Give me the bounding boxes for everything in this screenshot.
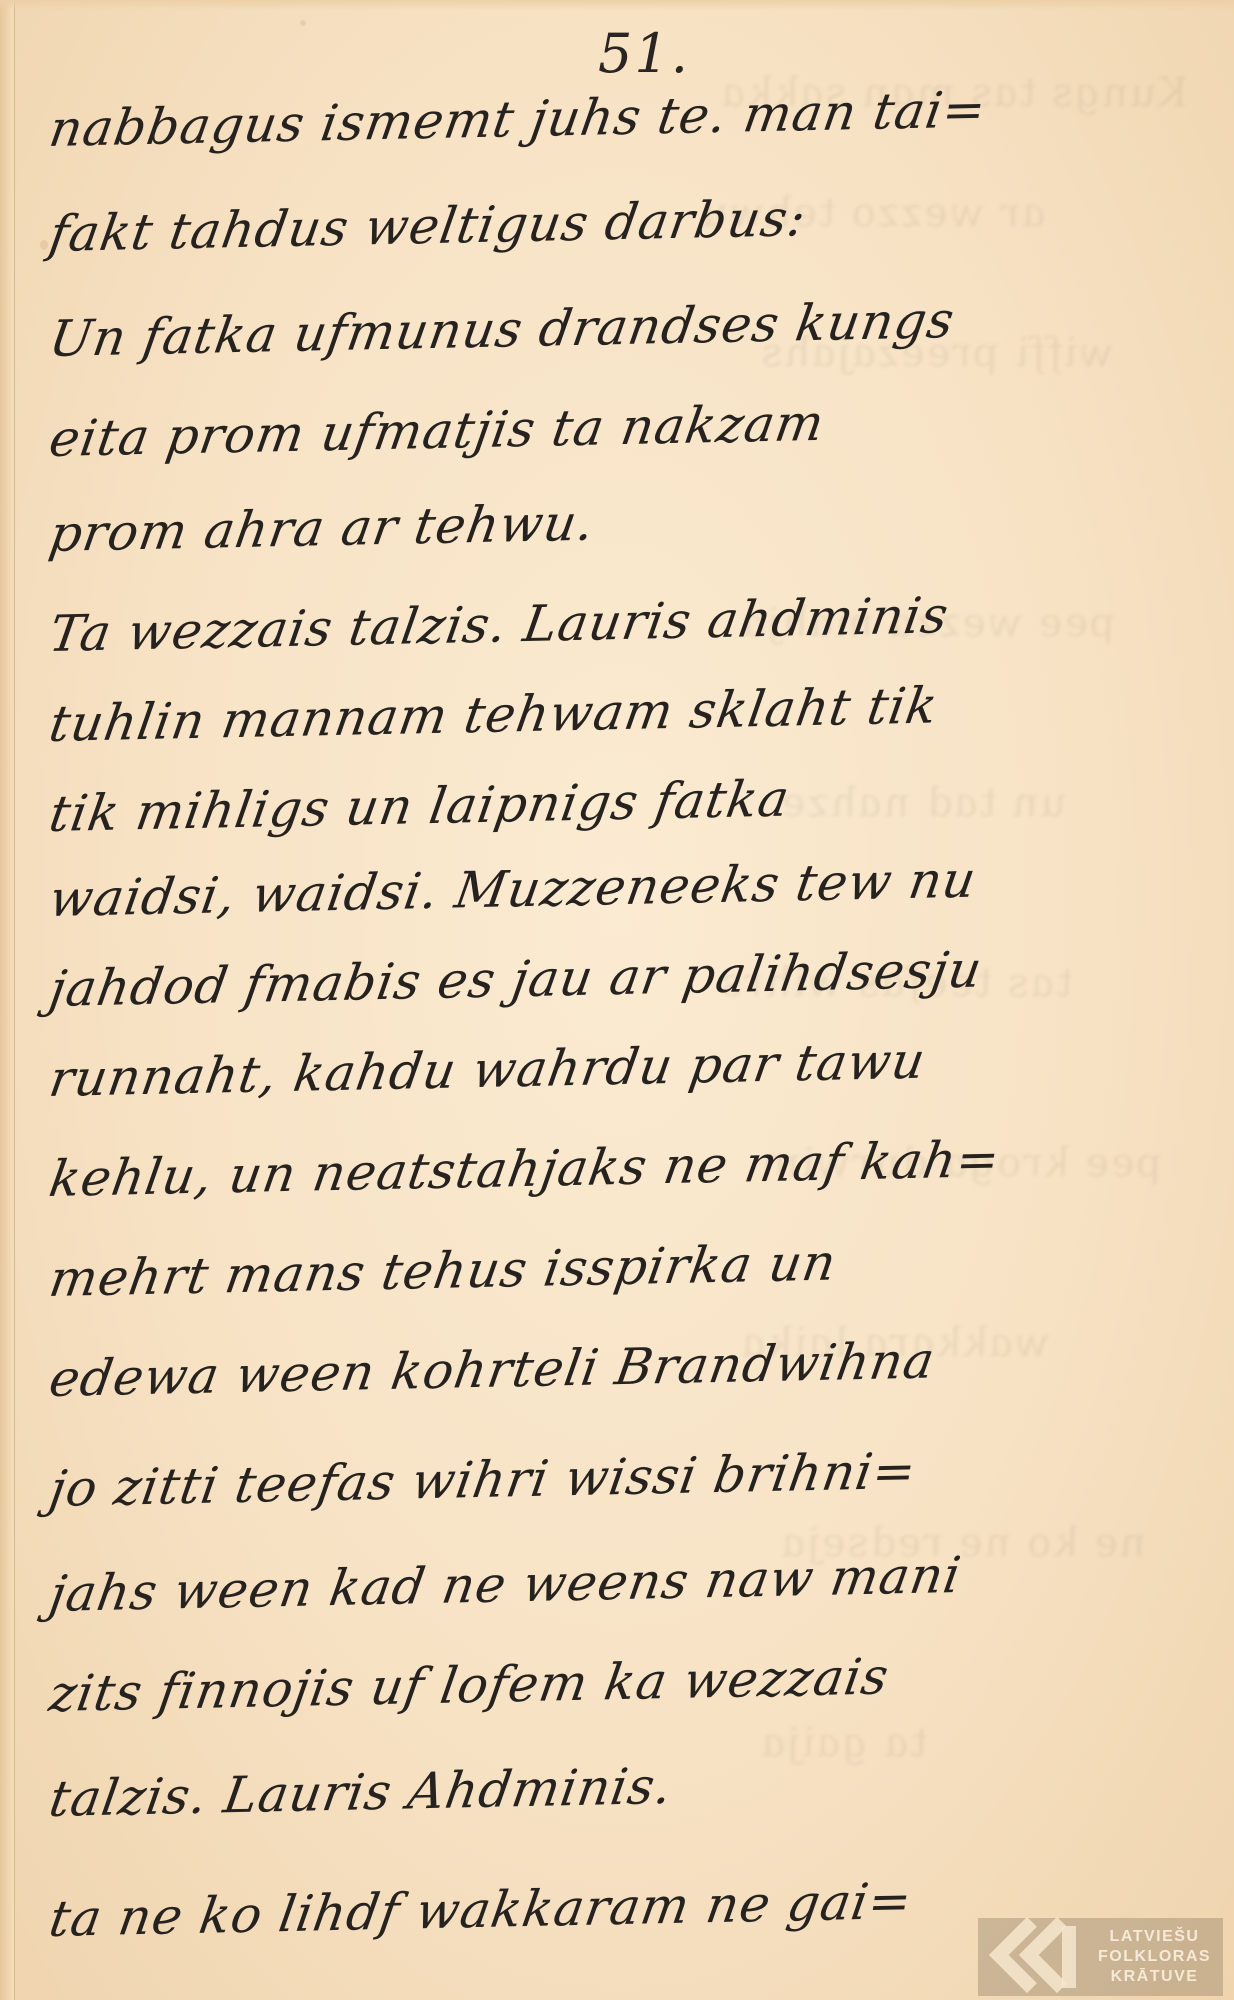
manuscript-line: tik mihligs un laipnigs fatka (45, 770, 793, 843)
manuscript-line: jahdod fmabis es jau ar palihdsesju (45, 941, 986, 1018)
bleed-through-text: un tad nahze (775, 780, 1071, 826)
manuscript-line: tuhlin mannam tehwam sklaht tik (45, 676, 942, 753)
manuscript-line: eita prom ufmatjis ta nakzam (45, 394, 828, 468)
manuscript-line: runnaht, kahdu wahrdu par tawu (45, 1032, 929, 1108)
watermark-logo: LATVIEŠU FOLKLORAS KRĀTUVE (978, 1918, 1223, 1996)
manuscript-line: mehrt mans tehus isspirka un (45, 1234, 840, 1308)
manuscript-line: prom ahra ar tehwu. (45, 494, 598, 563)
manuscript-line: waidsi, waidsi. Muzzeneeks tew nu (45, 851, 980, 928)
manuscript-line: kehlu, un neatstahjaks ne maf kah= (45, 1130, 1004, 1208)
manuscript-line: edewa ween kohrteli Brandwihna (45, 1332, 939, 1408)
watermark-line: FOLKLORAS (1098, 1947, 1211, 1967)
paper-stain (300, 20, 306, 26)
manuscript-line: nabbagus ismemt juhs te. man tai= (45, 80, 990, 158)
bleed-through-text: ta gaija (755, 1720, 932, 1766)
page-top-edge (0, 0, 1234, 10)
watermark-line: LATVIEŠU (1098, 1927, 1211, 1947)
manuscript-line: Ta wezzais talzis. Lauris ahdminis (45, 586, 952, 663)
manuscript-line: jo zitti teefas wihri wissi brihni= (45, 1442, 920, 1518)
manuscript-line: zits finnojis uf lofem ka wezzais (45, 1648, 893, 1723)
watermark-text: LATVIEŠU FOLKLORAS KRĀTUVE (1098, 1927, 1211, 1987)
manuscript-line: fakt tahdus weltigus darbus: (45, 189, 810, 263)
manuscript-page: Kungs tas man sakka ar wezzo tehwu wiffi… (0, 0, 1234, 2000)
manuscript-line: ta ne ko lihdf wakkaram ne gai= (45, 1872, 916, 1948)
page-binding-edge (0, 0, 15, 2000)
lfk-logo-icon (978, 1918, 1098, 1996)
page-number: 51. (598, 22, 690, 85)
watermark-line: KRĀTUVE (1098, 1967, 1211, 1987)
manuscript-line: jahs ween kad ne weens naw mani (45, 1546, 965, 1623)
manuscript-line: talzis. Lauris Ahdminis. (45, 1757, 676, 1828)
